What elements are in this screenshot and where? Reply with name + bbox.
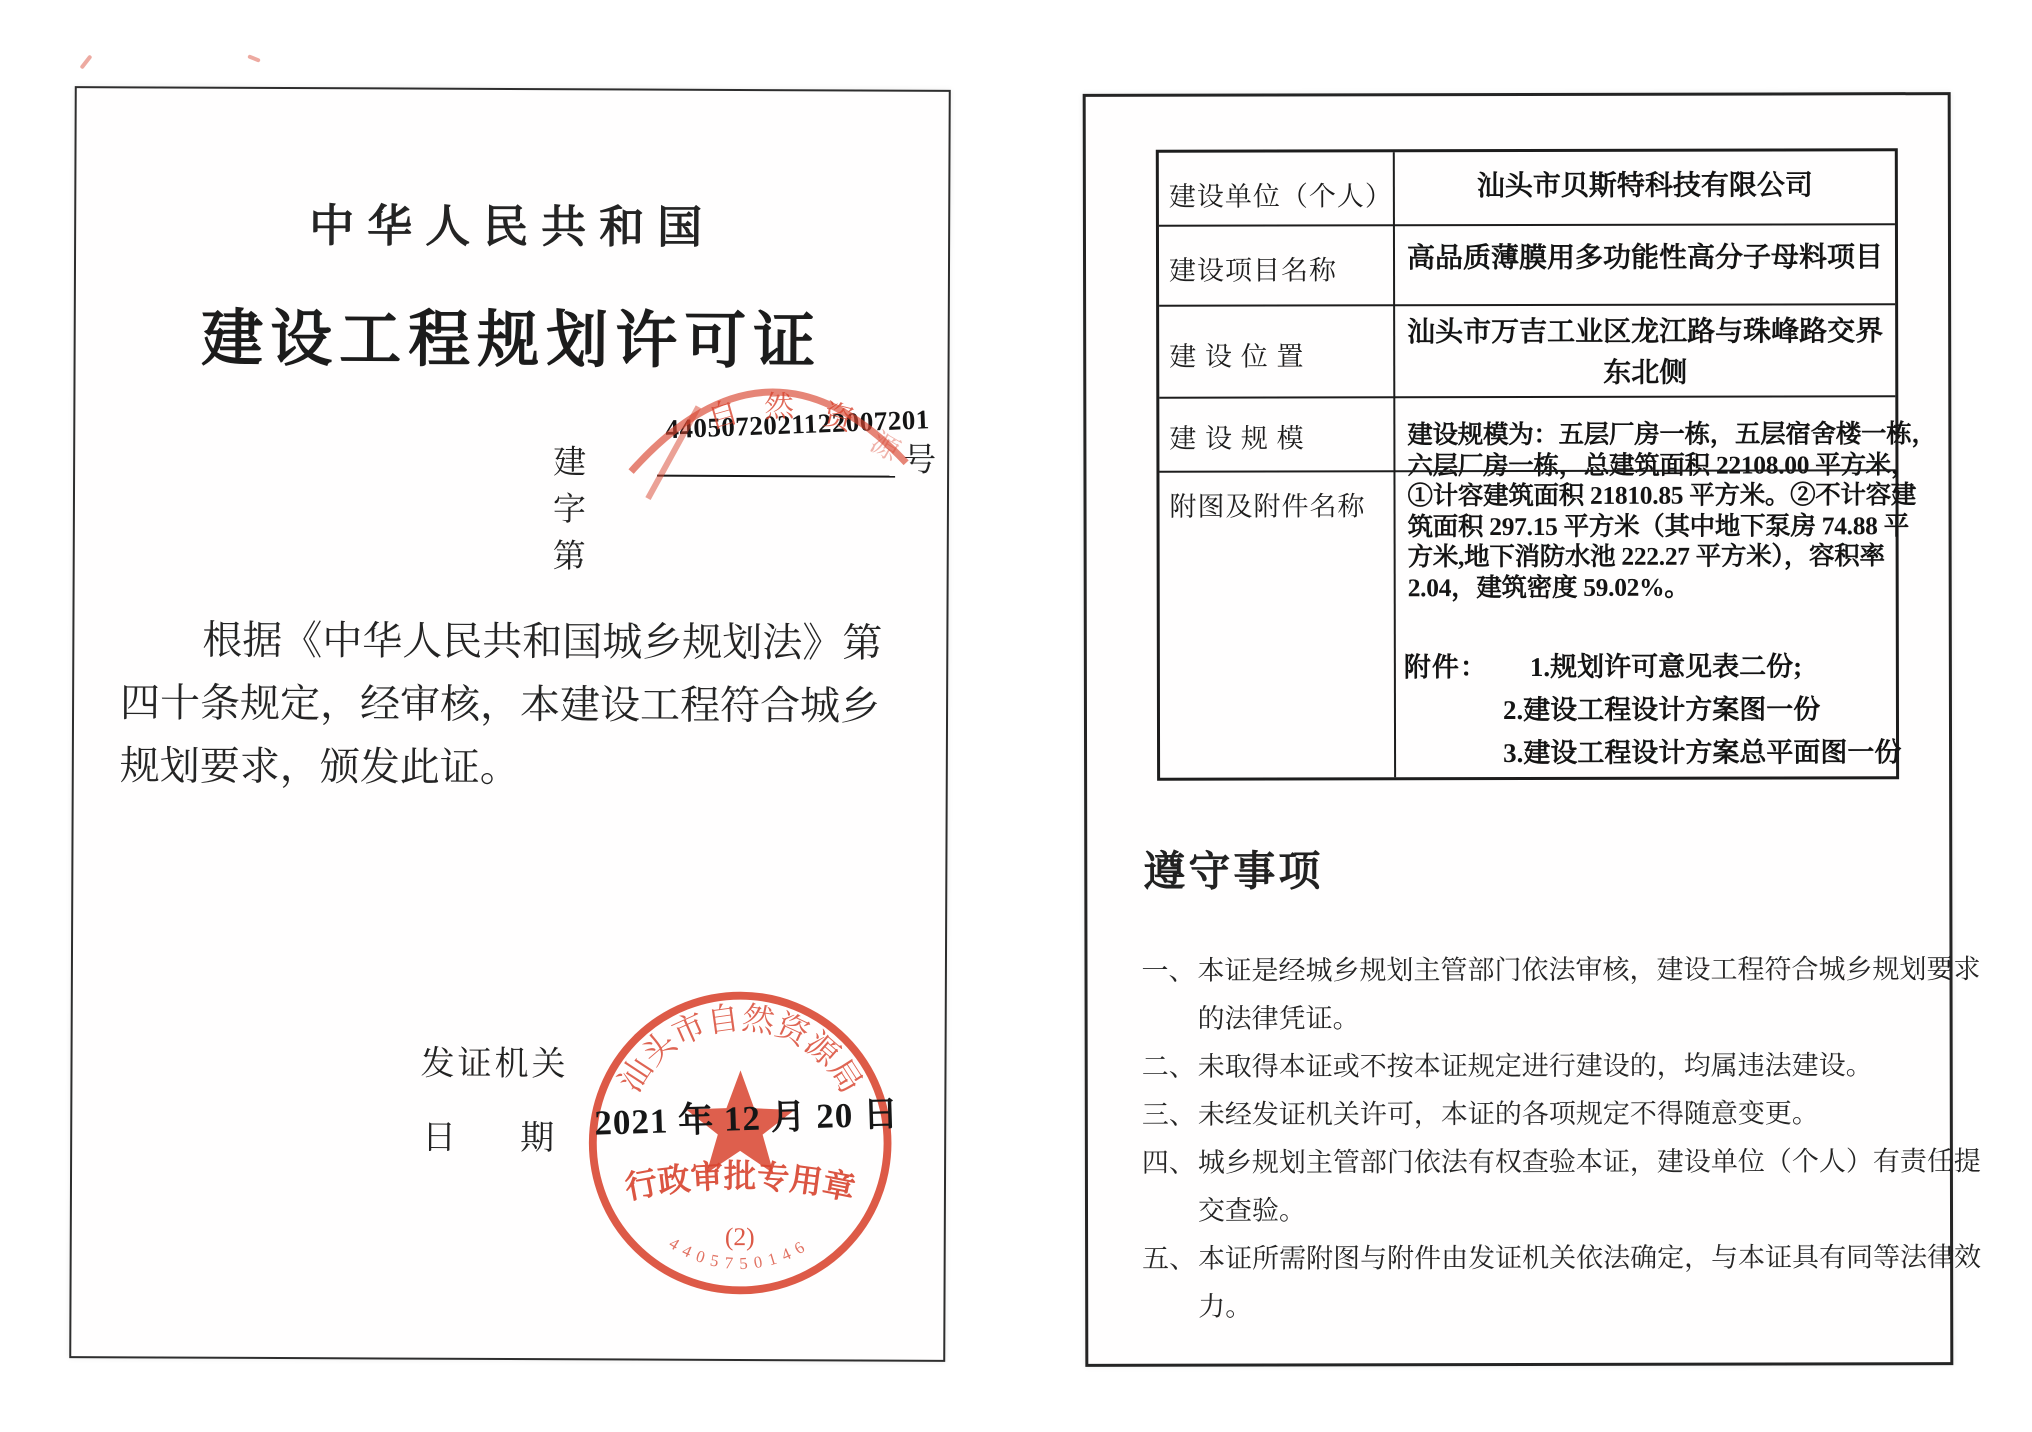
note-line: 本证所需附图与附件由发证机关依法确定，与本证具有同等法律效	[1198, 1233, 1981, 1283]
scale-line: 六层厂房一栋，总建筑面积 22108.00 平方米，	[1407, 450, 1893, 482]
scale-line: 筑面积 297.15 平方米（其中地下泵房 74.88 平	[1408, 511, 1894, 543]
seal-arc-char: 然	[764, 390, 796, 424]
stray-stamp-mark	[247, 54, 261, 63]
compliance-notes: 一、 本证是经城乡规划主管部门依法审核，建设工程符合城乡规划要求 的法律凭证。 …	[1141, 945, 1914, 1331]
date-label: 日 期	[422, 1110, 554, 1160]
partial-seal-arc: 自 然 资 源	[616, 376, 927, 507]
attachment-item: 3.建设工程设计方案总平面图一份	[1503, 731, 1901, 775]
attachment-item: 2.建设工程设计方案图一份	[1503, 688, 1901, 732]
permit-details-table: 建设单位（个人） 建设项目名称 建 设 位 置 建 设 规 模 附图及附件名称 …	[1156, 148, 1899, 781]
compliance-note: 五、 本证所需附图与附件由发证机关依法确定，与本证具有同等法律效 力。	[1142, 1233, 1914, 1331]
note-line: 城乡规划主管部门依法有权查验本证，建设单位（个人）有责任提	[1198, 1137, 1981, 1187]
compliance-note: 一、 本证是经城乡规划主管部门依法审核，建设工程符合城乡规划要求 的法律凭证。	[1141, 945, 1913, 1043]
certificate-body-paragraph: 根据《中华人民共和国城乡规划法》第 四十条规定，经审核，本建设工程符合城乡 规划…	[120, 608, 917, 800]
permit-cover-page: 中华人民共和国 建设工程规划许可证 建字第 440507202112200720…	[69, 86, 951, 1362]
table-row-divider	[1159, 303, 1895, 307]
body-line: 根据《中华人民共和国城乡规划法》第	[120, 608, 916, 674]
permit-detail-page: 建设单位（个人） 建设项目名称 建 设 位 置 建 设 规 模 附图及附件名称 …	[1083, 92, 1954, 1367]
scale-line: 建设规模为：五层厂房一栋，五层宿舍楼一栋，	[1407, 419, 1893, 451]
attachments-label: 附件：	[1404, 652, 1488, 682]
row-label-scale: 建 设 规 模	[1169, 416, 1383, 455]
permit-number-prefix: 建字第	[553, 436, 590, 577]
seal-number-label: (2)	[725, 1222, 755, 1251]
certificate-title: 建设工程规划许可证	[76, 288, 948, 381]
note-line: 力。	[1198, 1281, 1981, 1331]
note-line: 的法律凭证。	[1198, 993, 1981, 1043]
table-row-divider	[1159, 395, 1895, 399]
project-name-value: 高品质薄膜用多功能性高分子母料项目	[1395, 235, 1895, 276]
compliance-note: 二、 未取得本证或不按本证规定进行建设的，均属违法建设。	[1142, 1041, 1914, 1091]
note-line: 未取得本证或不按本证规定进行建设的，均属违法建设。	[1198, 1041, 1914, 1090]
date-label-char: 日	[422, 1110, 456, 1159]
country-heading: 中华人民共和国	[76, 188, 948, 257]
stray-stamp-mark	[79, 54, 92, 69]
row-label-location: 建 设 位 置	[1169, 334, 1383, 373]
seal-banner-text: 行政审批专用章	[622, 1157, 859, 1208]
note-line: 本证是经城乡规划主管部门依法审核，建设工程符合城乡规划要求	[1197, 945, 1980, 995]
body-line: 规划要求，颁发此证。	[120, 734, 916, 800]
seal-arc-char: 资	[820, 398, 858, 438]
row-label-project-name: 建设项目名称	[1169, 248, 1383, 287]
construction-scale-paragraph: 建设规模为：五层厂房一栋，五层宿舍楼一栋， 六层厂房一栋，总建筑面积 22108…	[1407, 419, 1893, 603]
location-line: 汕头市万吉工业区龙江路与珠峰路交界	[1395, 311, 1895, 353]
compliance-note: 四、 城乡规划主管部门依法有权查验本证，建设单位（个人）有责任提 交查验。	[1142, 1137, 1914, 1235]
note-number: 四、	[1142, 1139, 1198, 1235]
note-line: 未经发证机关许可，本证的各项规定不得随意变更。	[1198, 1089, 1914, 1138]
seal-arc-char: 自	[704, 396, 742, 436]
note-number: 三、	[1142, 1091, 1198, 1139]
scale-line: ①计容建筑面积 21810.85 平方米。②不计容建	[1407, 480, 1893, 512]
issue-date: 2021 年 12 月 20 日	[594, 1086, 900, 1145]
note-number: 五、	[1142, 1235, 1198, 1331]
scale-line: 方米,地下消防水池 222.27 平方米），容积率	[1408, 541, 1894, 573]
body-line: 四十条规定，经审核，本建设工程符合城乡	[120, 671, 916, 737]
table-row-divider	[1159, 223, 1895, 227]
note-line: 交查验。	[1198, 1185, 1981, 1235]
date-label-char: 期	[520, 1110, 554, 1159]
note-number: 一、	[1141, 947, 1197, 1043]
location-value: 汕头市万吉工业区龙江路与珠峰路交界 东北侧	[1395, 311, 1895, 394]
attachment-item: 1.规划许可意见表二份;	[1530, 651, 1802, 682]
location-line: 东北侧	[1395, 352, 1895, 394]
compliance-section-title: 遵守事项	[1143, 838, 1323, 898]
attachments-list: 附件：1.规划许可意见表二份; 2.建设工程设计方案图一份 3.建设工程设计方案…	[1404, 645, 1902, 775]
row-label-attachments: 附图及附件名称	[1169, 484, 1383, 523]
row-label-construction-unit: 建设单位（个人）	[1169, 174, 1383, 213]
issuing-authority-label: 发证机关	[420, 1036, 568, 1086]
scale-line: 2.04，建筑密度 59.02%。	[1408, 572, 1894, 604]
compliance-note: 三、 未经发证机关许可，本证的各项规定不得随意变更。	[1142, 1089, 1914, 1139]
note-number: 二、	[1142, 1043, 1198, 1091]
construction-unit-value: 汕头市贝斯特科技有限公司	[1395, 163, 1895, 204]
seal-arc-edge-stroke	[648, 407, 698, 499]
